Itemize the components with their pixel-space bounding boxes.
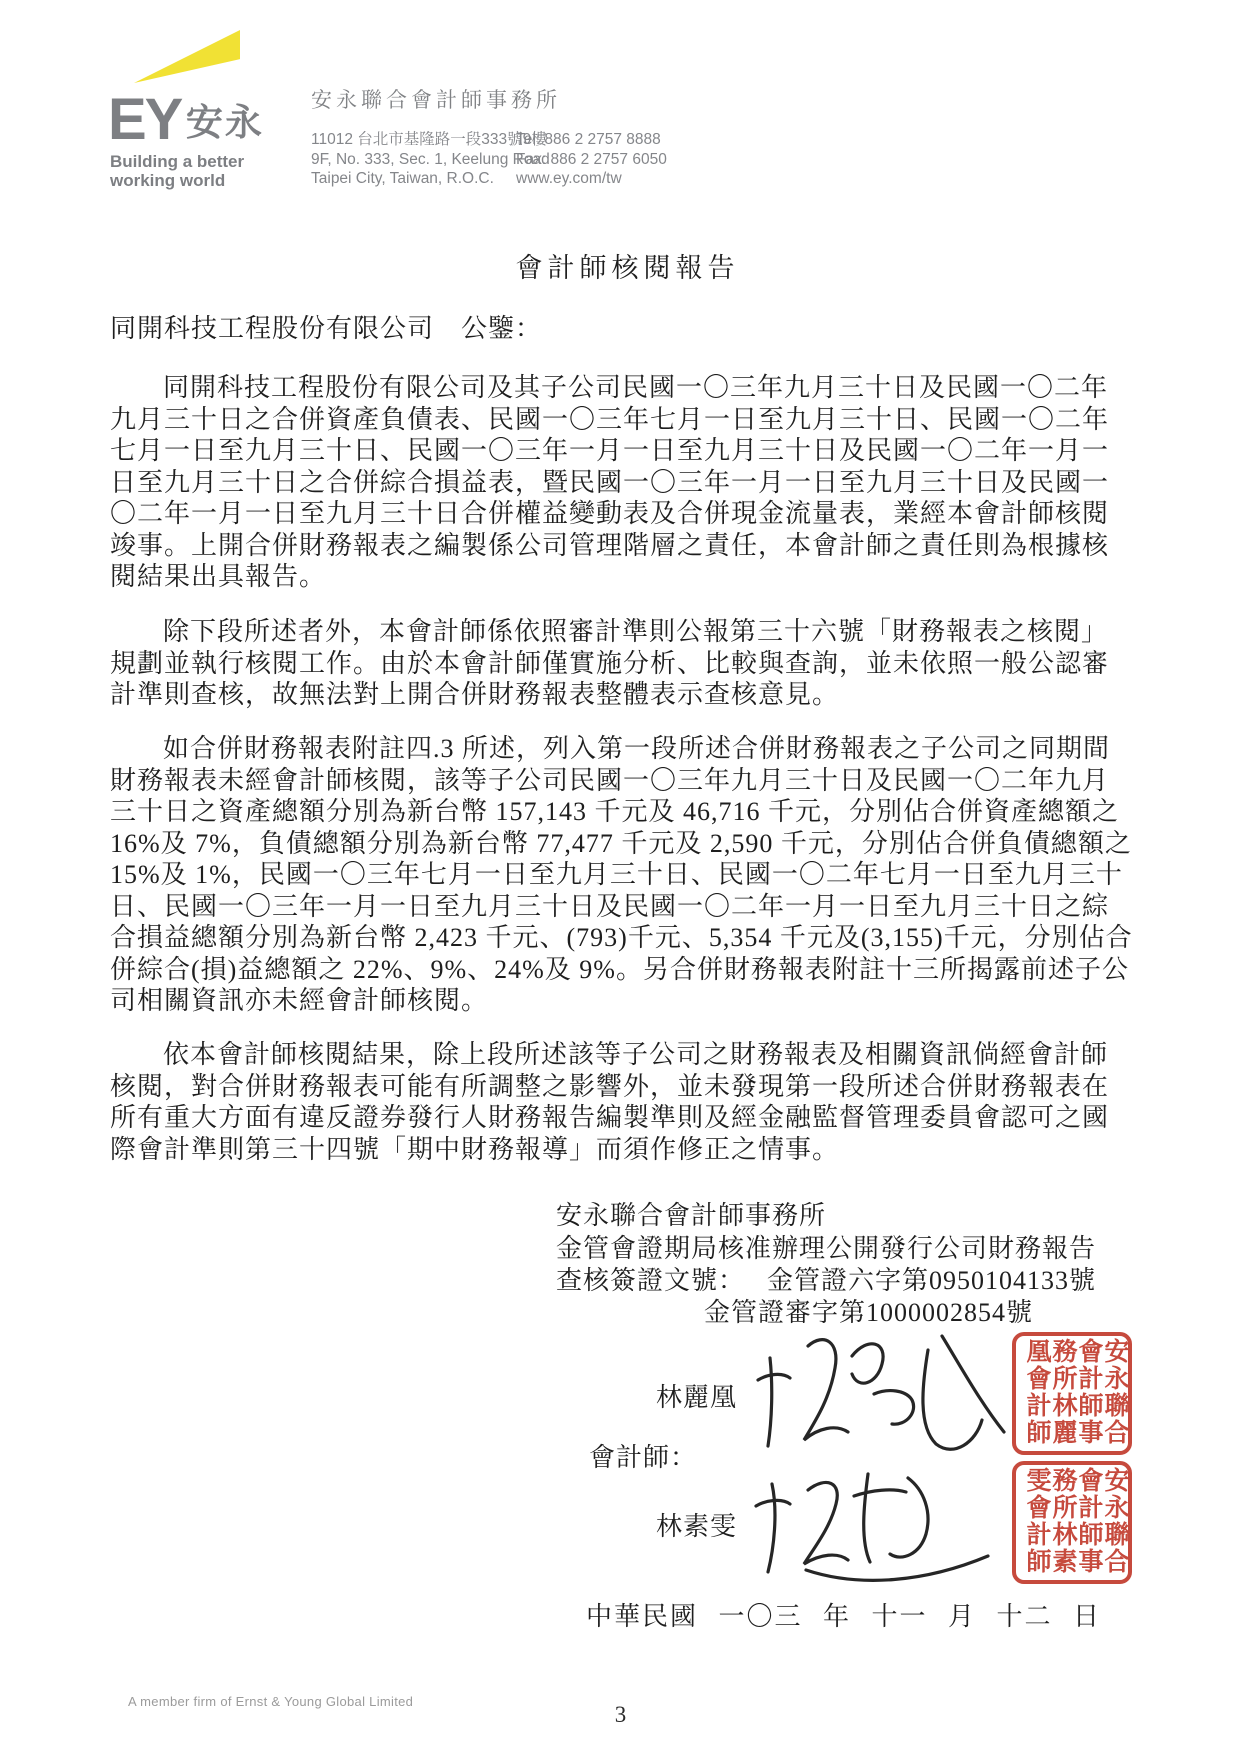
report-title: 會計師核閱報告 xyxy=(110,246,1145,285)
accountant-2-name: 林素雯 xyxy=(656,1506,737,1543)
paragraph-line: 際會計準則第三十四號「期中財務報導」而須作修正之情事。 xyxy=(110,1134,1150,1166)
contact-tel: Tel: 886 2 2757 8888 xyxy=(516,130,667,150)
ey-tagline-line1: Building a better xyxy=(110,152,244,171)
paragraph-line: 日至九月三十日之合併綜合損益表，暨民國一〇三年一月一日至九月三十日及民國一 xyxy=(110,467,1150,499)
paragraph-2: 除下段所述者外，本會計師係依照審計準則公報第三十六號「財務報表之核閱」 規劃並執… xyxy=(110,616,1150,711)
page-number: 3 xyxy=(0,1702,1241,1728)
letterhead-contact: Tel: 886 2 2757 8888 Fax: 886 2 2757 605… xyxy=(516,130,667,189)
paragraph-line: 三十日之資產總額分別為新台幣 157,143 千元及 46,716 千元，分別佔… xyxy=(110,796,1150,828)
address-line-en1: 9F, No. 333, Sec. 1, Keelung Road xyxy=(311,150,550,170)
ey-beam-icon xyxy=(134,30,240,83)
paragraph-4: 依本會計師核閱結果，除上段所述該等子公司之財務報表及相關資訊倘經會計師 核閱，對… xyxy=(110,1039,1150,1165)
letterhead-address: 11012 台北市基隆路一段333號9樓 9F, No. 333, Sec. 1… xyxy=(311,130,550,189)
paragraph-line: 〇二年一月一日至九月三十日合併權益變動表及合併現金流量表，業經本會計師核閱 xyxy=(110,498,1150,530)
contact-web: www.ey.com/tw xyxy=(516,169,667,189)
approval-number-1: 金管證六字第0950104133號 xyxy=(767,1266,1096,1295)
paragraph-line: 九月三十日之合併資產負債表、民國一〇三年七月一日至九月三十日、民國一〇二年 xyxy=(110,404,1150,436)
paragraph-line: 如合併財務報表附註四.3 所述，列入第一段所述合併財務報表之子公司之同期間 xyxy=(110,733,1150,765)
paragraph-line: 規劃並執行核閱工作。由於本會計師僅實施分析、比較與查詢，並未依照一般公認審 xyxy=(110,648,1150,680)
paragraph-line: 合損益總額分別為新台幣 2,423 千元、(793)千元、5,354 千元及(3… xyxy=(110,922,1150,954)
paragraph-line: 司相關資訊亦未經會計師核閱。 xyxy=(110,985,1150,1017)
signing-firm-name: 安永聯合會計師事務所 xyxy=(556,1195,826,1232)
paragraph-line: 16%及 7%，負債總額分別為新台幣 77,477 千元及 2,590 千元，分… xyxy=(110,828,1150,860)
document-page: EY 安永 Building a better working world 安永… xyxy=(0,0,1241,1755)
paragraph-line: 除下段所述者外，本會計師係依照審計準則公報第三十六號「財務報表之核閱」 xyxy=(110,616,1150,648)
signature-lin-su-wen xyxy=(750,1460,995,1590)
paragraph-3: 如合併財務報表附註四.3 所述，列入第一段所述合併財務報表之子公司之同期間 財務… xyxy=(110,733,1150,1017)
accountant-1-name: 林麗凰 xyxy=(656,1377,737,1414)
approval-number-label: 查核簽證文號： xyxy=(556,1266,745,1295)
ey-logo-text: EY xyxy=(108,87,181,152)
paragraph-line: 15%及 1%，民國一〇三年七月一日至九月三十日、民國一〇二年七月一日至九月三十 xyxy=(110,859,1150,891)
paragraph-line: 依本會計師核閱結果，除上段所述該等子公司之財務報表及相關資訊倘經會計師 xyxy=(110,1039,1150,1071)
ey-tagline-line2: working world xyxy=(110,171,244,190)
seal-stamp-lin-su-wen: 安永聯合會計師事務所林素雯會計師 xyxy=(1012,1461,1132,1584)
paragraph-line: 財務報表未經會計師核閱，該等子公司民國一〇三年九月三十日及民國一〇二年九月 xyxy=(110,765,1150,797)
seal-stamp-lin-li-huang: 安永聯合會計師事務所林麗凰會計師 xyxy=(1012,1332,1132,1455)
paragraph-line: 計準則查核，故無法對上開合併財務報表整體表示查核意見。 xyxy=(110,679,1150,711)
paragraph-line: 七月一日至九月三十日、民國一〇三年一月一日至九月三十日及民國一〇二年一月一 xyxy=(110,435,1150,467)
contact-fax: Fax: 886 2 2757 6050 xyxy=(516,150,667,170)
address-line-zh: 11012 台北市基隆路一段333號9樓 xyxy=(311,130,550,150)
paragraph-line: 閱結果出具報告。 xyxy=(110,561,1150,593)
accountant-label: 會計師： xyxy=(589,1437,697,1474)
report-date: 中華民國 一〇三 年 十一 月 十二 日 xyxy=(586,1596,1101,1633)
signature-lin-li-huang xyxy=(756,1328,1011,1463)
paragraph-line: 竣事。上開合併財務報表之編製係公司管理階層之責任，本會計師之責任則為根據核 xyxy=(110,530,1150,562)
paragraph-line: 核閱，對合併財務報表可能有所調整之影響外，並未發現第一段所述合併財務報表在 xyxy=(110,1071,1150,1103)
ey-logo-chinese: 安永 xyxy=(186,102,264,143)
paragraph-line: 併綜合(損)益總額之 22%、9%、24%及 9%。另合併財務報表附註十三所揭露… xyxy=(110,954,1150,986)
paragraph-line: 日、民國一〇三年一月一日至九月三十日及民國一〇二年一月一日至九月三十日之綜 xyxy=(110,891,1150,923)
paragraph-line: 同開科技工程股份有限公司及其子公司民國一〇三年九月三十日及民國一〇二年 xyxy=(110,372,1150,404)
address-line-en2: Taipei City, Taiwan, R.O.C. xyxy=(311,169,550,189)
salutation: 同開科技工程股份有限公司 公鑒： xyxy=(110,308,542,345)
ey-tagline: Building a better working world xyxy=(110,152,244,190)
approval-number-2: 金管證審字第1000002854號 xyxy=(704,1292,1033,1329)
ey-logo-text-row: EY 安永 xyxy=(108,86,264,153)
paragraph-line: 所有重大方面有違反證券發行人財務報告編製準則及經金融監督管理委員會認可之國 xyxy=(110,1102,1150,1134)
letterhead-firm-name: 安永聯合會計師事務所 xyxy=(311,84,561,114)
paragraph-1: 同開科技工程股份有限公司及其子公司民國一〇三年九月三十日及民國一〇二年 九月三十… xyxy=(110,372,1150,593)
